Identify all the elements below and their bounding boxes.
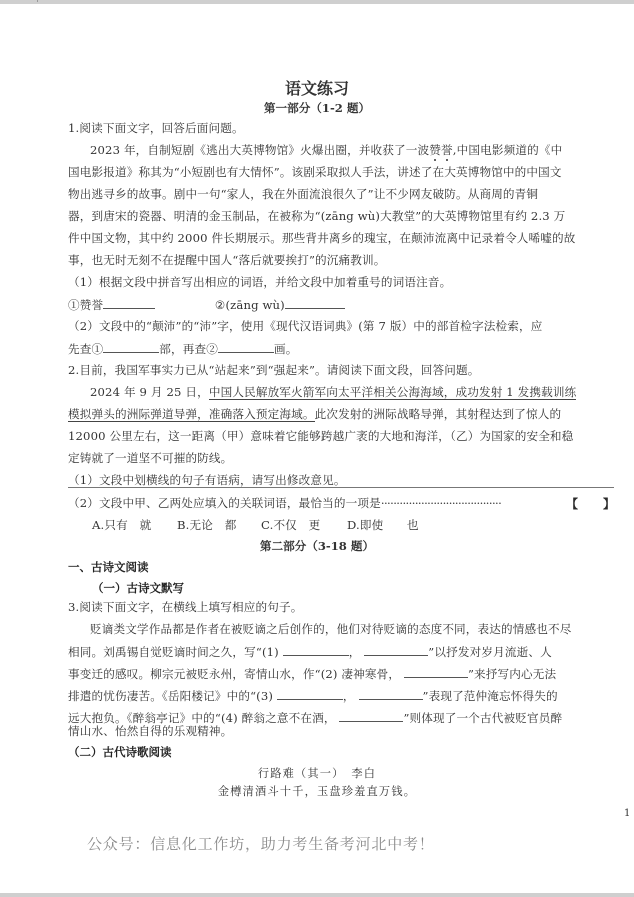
page-title: 语文练习: [0, 76, 634, 99]
option-c[interactable]: C.不仅 更: [261, 518, 347, 532]
dot-leader: ·······································: [381, 496, 501, 510]
page-bottom-border: [0, 893, 634, 897]
part2-heading: 第二部分（3-18 题）: [0, 538, 634, 554]
q3-text: 远大抱负。《醉翁亭记》中的“(4) 醉翁之意不在酒，: [68, 711, 336, 725]
q3-passage-line-4: 排遣的忧伤凄苦。《岳阳楼记》中的“(3) ， ”表现了范仲淹忘怀得失的: [68, 688, 616, 703]
q2-prompt: 2.目前，我国军事实力已从“站起来”到“强起来”。请阅读下面文段，回答问题。: [68, 363, 616, 377]
q3-text: 相同。刘禹锡自觉贬谪时间之久，写“(1): [68, 645, 279, 659]
q1-passage-line-2: 国电影报道》称其为“小短剧也有大情怀”。该剧采取拟人手法，讲述了在大英博物馆中的…: [68, 165, 616, 179]
q2-passage-line-1: 2024 年 9 月 25 日，中国人民解放军火箭军向太平洋相关公海海域，成功发…: [90, 385, 634, 399]
q1-passage-line-4: 器，到唐宋的瓷器、明清的金玉制品，在被称为“(zāng wù)大教堂”的大英博物…: [68, 209, 616, 223]
q2-passage-text: 2024 年 9 月 25 日，: [90, 385, 209, 399]
q1-passage-text: 2023 年，自制短剧《逃出大英博物馆》火爆出圈，并收获了一波: [90, 143, 429, 157]
q1-passage-line-6: 事，也无时无刻不在提醒中国人“落后就要挨打”的沉痛教训。: [68, 253, 616, 267]
poem-line: 金樽清酒斗十千，玉盘珍羞直万钱。: [0, 783, 634, 799]
q3-prompt: 3.阅读下面文字，在横线上填写相应的句子。: [68, 600, 616, 614]
q3-passage-line-1: 贬谪类文学作品都是作者在被贬谪之后创作的，他们对待贬谪的态度不同，表达的情感也不…: [90, 622, 634, 636]
q3-text: ”表现了范仲淹忘怀得失的: [423, 689, 558, 703]
q3-text: ”则体现了一个古代被贬官员醉: [403, 711, 562, 725]
answer-blank[interactable]: [277, 688, 343, 700]
q1-passage-line-3: 物出逃寻乡的故事。剧中一句“家人，我在外面流浪很久了”让不少网友破防。从商周的青…: [68, 187, 616, 201]
q2-sub2-text: （2）文段中甲、乙两处应填入的关联词语，最恰当的一项是: [68, 496, 381, 510]
page-number: 1: [624, 808, 630, 819]
q3-passage-line-5: 远大抱负。《醉翁亭记》中的“(4) 醉翁之意不在酒， ”则体现了一个古代被贬官员…: [68, 710, 616, 725]
q1-sub1-items: ①赞誉 ②(zāng wù): [68, 297, 616, 312]
q3-text: 排遣的忧伤凄苦。《岳阳楼记》中的“(3): [68, 689, 273, 703]
answer-blank[interactable]: [404, 666, 468, 678]
q2-passage-text: 此次发射的洲际战略导弹，其射程达到了惊人的: [315, 407, 562, 421]
option-a[interactable]: A.只有 就: [92, 518, 177, 532]
document-page: 语文练习 第一部分（1-2 题） 1.阅读下面文字，回答后面问题。 2023 年…: [0, 0, 634, 893]
answer-blank[interactable]: [364, 644, 428, 656]
q3-text: ，: [349, 645, 361, 659]
emphasis-char: 誉: [441, 143, 453, 157]
q3-text: 事变迁的感叹。柳宗元被贬永州，寄情山水，作“(2) 凄神寒骨，: [68, 667, 400, 681]
emphasis-char: 赞: [429, 143, 441, 157]
q3-text: ”来抒写内心无法: [468, 667, 556, 681]
option-d[interactable]: D.即使 也: [347, 518, 419, 532]
q3-passage-line-6: 情山水、怡然自得的乐观精神。: [68, 724, 616, 738]
q3-passage-line-3: 事变迁的感叹。柳宗元被贬永州，寄情山水，作“(2) 凄神寒骨， ”来抒写内心无法: [68, 666, 616, 681]
watermark-text: 公众号：信息化工作坊，助力考生备考河北中考！: [87, 833, 435, 854]
part1-heading: 第一部分（1-2 题）: [0, 100, 634, 116]
q1-sub2-prompt: （2）文段中的“颠沛”的“沛”字，使用《现代汉语词典》(第 7 版）中的部首检字…: [68, 319, 616, 333]
q3-text: ”以抒发对岁月流逝、人: [428, 645, 552, 659]
answer-blank[interactable]: [285, 297, 345, 309]
item1-label: ①赞誉: [68, 298, 103, 312]
q2-sub1-prompt: （1）文段中划横线的句子有语病，请写出修改意见。: [68, 473, 616, 487]
q1-sub2-text: 先查①: [68, 342, 103, 356]
subsection-heading: （一）古诗文默写: [92, 580, 184, 596]
section-heading: 一、古诗文阅读: [68, 559, 149, 575]
q1-passage-line-5: 件中国文物，其中约 2000 件长期展示。那些背井离乡的瑰宝，在颠沛流离中记录着…: [68, 231, 616, 245]
item2-label: ②(zāng wù): [215, 298, 285, 312]
q2-sub2-prompt: （2）文段中甲、乙两处应填入的关联词语，最恰当的一项是·············…: [68, 496, 616, 510]
poem-title: 行路难（其一） 李白: [0, 765, 634, 781]
answer-blank[interactable]: [359, 688, 423, 700]
q1-sub2-text: 部，再查②: [159, 342, 218, 356]
q2-passage-line-2: 模拟弹头的洲际弹道导弹，准确落入预定海域。此次发射的洲际战略导弹，其射程达到了惊…: [68, 407, 616, 421]
underlined-sentence: 中国人民解放军火箭军向太平洋相关公海海域，成功发射 1 发携载训练: [209, 385, 577, 400]
answer-blank[interactable]: [339, 710, 403, 722]
q2-options: A.只有 就B.无论 都C.不仅 更D.即使 也: [92, 518, 634, 532]
q1-passage-line-1: 2023 年，自制短剧《逃出大英博物馆》火爆出圈，并收获了一波赞誉,中国电影频道…: [90, 143, 634, 157]
q2-passage-line-3: 12000 公里左右，这一距离（甲）意味着它能够跨越广袤的大地和海洋，（乙）为国…: [68, 429, 616, 443]
answer-blank[interactable]: [218, 341, 274, 353]
q3-passage-line-2: 相同。刘禹锡自觉贬谪时间之久，写“(1) ， ”以抒发对岁月流逝、人: [68, 644, 616, 659]
q1-sub2-line-2: 先查①部，再查②画。: [68, 341, 616, 356]
answer-bracket-close: 】: [603, 495, 615, 512]
answer-line[interactable]: [68, 487, 614, 488]
option-b[interactable]: B.无论 都: [177, 518, 261, 532]
q3-text: ，: [343, 689, 355, 703]
q1-passage-text: ,中国电影频道的《中: [453, 143, 563, 157]
q1-sub2-text: 画。: [274, 342, 298, 356]
underlined-sentence: 模拟弹头的洲际弹道导弹，准确落入预定海域。: [68, 407, 315, 422]
answer-bracket-open: 【: [566, 495, 578, 512]
q2-passage-line-4: 定铸就了一道坚不可摧的防线。: [68, 451, 616, 465]
q1-prompt: 1.阅读下面文字，回答后面问题。: [68, 121, 616, 135]
answer-blank[interactable]: [103, 341, 159, 353]
q1-sub1-prompt: （1）根据文段中拼音写出相应的词语，并给文段中加着重号的词语注音。: [68, 275, 616, 289]
answer-blank[interactable]: [283, 644, 349, 656]
subsection-heading: （二）古代诗歌阅读: [68, 744, 172, 760]
answer-blank[interactable]: [103, 297, 155, 309]
